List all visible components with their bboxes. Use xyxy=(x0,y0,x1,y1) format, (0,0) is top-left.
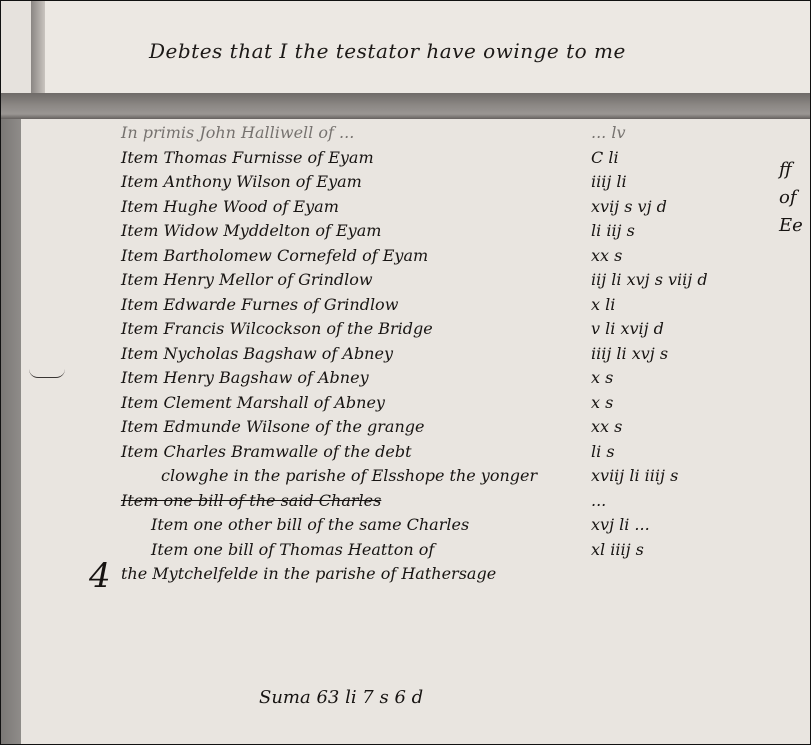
debt-entry: Item Widow Myddelton of Eyam li iij s xyxy=(121,219,811,244)
entry-text: Item one other bill of the same Charles xyxy=(151,515,469,534)
entry-amount: ... lv xyxy=(591,123,626,142)
fold-shadow xyxy=(31,1,45,97)
entry-text: Item Henry Mellor of Grindlow xyxy=(121,270,373,289)
summa-total: Suma 63 li 7 s 6 d xyxy=(259,687,423,708)
entry-text: In primis John Halliwell of ... xyxy=(121,123,354,142)
debt-entry: clowghe in the parishe of Elsshope the y… xyxy=(121,464,811,489)
margin-fragment-line: Ee xyxy=(779,212,811,240)
entry-amount: xl iiij s xyxy=(591,540,644,559)
entry-text: Item one bill of Thomas Heatton of xyxy=(151,540,434,559)
entry-text: Item Widow Myddelton of Eyam xyxy=(121,221,381,240)
entry-text: Item Henry Bagshaw of Abney xyxy=(121,368,369,387)
entry-amount: x li xyxy=(591,295,615,314)
entry-amount: li s xyxy=(591,442,615,461)
entry-amount: x s xyxy=(591,393,613,412)
entry-amount: iiij li xvj s xyxy=(591,344,668,363)
entry-amount: xx s xyxy=(591,417,622,436)
scanned-document: Debtes that I the testator have owinge t… xyxy=(0,0,811,745)
entry-amount: xx s xyxy=(591,246,622,265)
right-margin-fragment: ff of Ee xyxy=(779,156,811,240)
entry-text: Item Edwarde Furnes of Grindlow xyxy=(121,295,398,314)
debt-entry: Item one bill of Thomas Heatton of xl ii… xyxy=(121,538,811,563)
margin-fragment-line: of xyxy=(779,184,811,212)
header-line: Debtes that I the testator have owinge t… xyxy=(149,39,626,63)
entry-amount: iij li xvj s viij d xyxy=(591,270,708,289)
left-margin-number: 4 xyxy=(89,556,111,596)
debt-entry: Item Anthony Wilson of Eyam iiij li xyxy=(121,170,811,195)
debt-entry: Item Hughe Wood of Eyam xvij s vj d xyxy=(121,195,811,220)
debt-entry: Item Bartholomew Cornefeld of Eyam xx s xyxy=(121,244,811,269)
margin-mark xyxy=(29,369,65,378)
entry-amount: xvij s vj d xyxy=(591,197,667,216)
debt-entry: Item Edwarde Furnes of Grindlow x li xyxy=(121,293,811,318)
entry-text: Item Charles Bramwalle of the debt xyxy=(121,442,412,461)
entry-text: Item Edmunde Wilsone of the grange xyxy=(121,417,424,436)
left-gutter xyxy=(1,119,21,745)
margin-fragment-line: ff xyxy=(779,156,811,184)
continuation-line: the Mytchelfelde in the parishe of Hathe… xyxy=(121,562,811,587)
entry-amount: li iij s xyxy=(591,221,635,240)
entry-text: clowghe in the parishe of Elsshope the y… xyxy=(161,466,537,485)
struck-entry: Item one bill of the said Charles ... xyxy=(121,489,811,514)
entry-amount: x s xyxy=(591,368,613,387)
debt-entry: Item Nycholas Bagshaw of Abney iiij li x… xyxy=(121,342,811,367)
entry-text: Item Francis Wilcockson of the Bridge xyxy=(121,319,433,338)
entry-amount: iiij li xyxy=(591,172,627,191)
entry-text: Item Nycholas Bagshaw of Abney xyxy=(121,344,393,363)
entry-text: Item Hughe Wood of Eyam xyxy=(121,197,339,216)
entry-text: Item Clement Marshall of Abney xyxy=(121,393,385,412)
debt-entry: In primis John Halliwell of ... ... lv xyxy=(121,121,811,146)
entry-text: Item Anthony Wilson of Eyam xyxy=(121,172,362,191)
debt-entry: Item Edmunde Wilsone of the grange xx s xyxy=(121,415,811,440)
debt-entry: Item Charles Bramwalle of the debt li s xyxy=(121,440,811,465)
debt-entry: Item Henry Bagshaw of Abney x s xyxy=(121,366,811,391)
debt-list: In primis John Halliwell of ... ... lv I… xyxy=(121,121,811,587)
entry-text: the Mytchelfelde in the parishe of Hathe… xyxy=(121,564,496,583)
debt-entry: Item Thomas Furnisse of Eyam C li xyxy=(121,146,811,171)
entry-amount: xvj li ... xyxy=(591,515,650,534)
entry-text: Item Thomas Furnisse of Eyam xyxy=(121,148,374,167)
entry-amount: C li xyxy=(591,148,619,167)
debt-entry: Item one other bill of the same Charles … xyxy=(121,513,811,538)
entry-amount: v li xvij d xyxy=(591,319,664,338)
debt-entry: Item Francis Wilcockson of the Bridge v … xyxy=(121,317,811,342)
entry-amount: xviij li iiij s xyxy=(591,466,678,485)
entry-amount: ... xyxy=(591,491,606,510)
entry-text: Item one bill of the said Charles xyxy=(121,491,381,510)
debt-entry: Item Clement Marshall of Abney x s xyxy=(121,391,811,416)
entry-text: Item Bartholomew Cornefeld of Eyam xyxy=(121,246,428,265)
debt-entry: Item Henry Mellor of Grindlow iij li xvj… xyxy=(121,268,811,293)
